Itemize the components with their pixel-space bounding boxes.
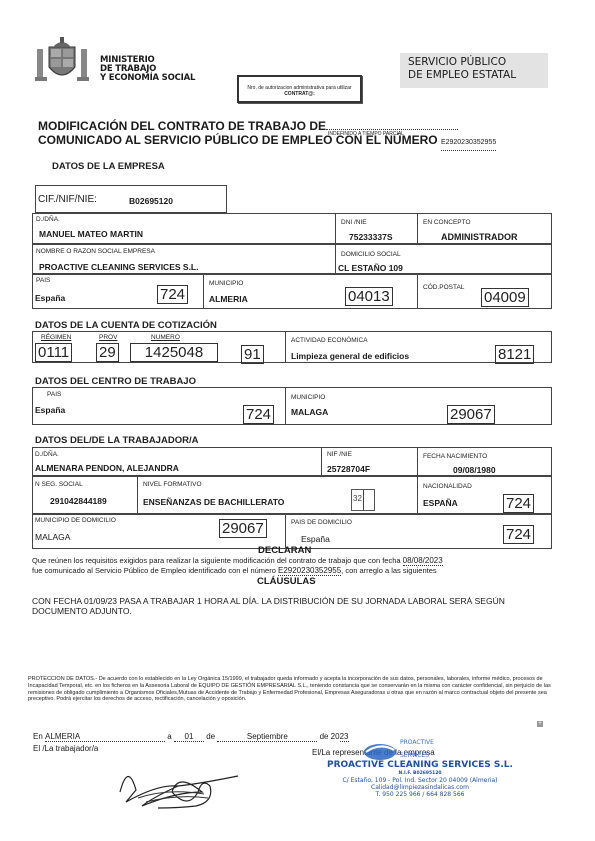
section-cotizacion-title: DATOS DE LA CUENTA DE COTIZACIÓN [35, 320, 217, 331]
dc-value: 91 [241, 345, 264, 364]
logo-text-1: PROACTIVE [400, 740, 434, 747]
regimen-value: 0111 [35, 343, 72, 362]
cotizacion-row: RÉGIMEN 0111 PROV 29 NUMERO 1425048 91 A… [32, 331, 552, 363]
nivel-code: 32 [353, 494, 362, 503]
pais-domicilio-code: 724 [503, 525, 534, 544]
empresa-dona-label: D./DÑA. [36, 216, 60, 223]
empresa-municipio-label: MUNICIPIO [209, 280, 243, 287]
nss-label: N SEG. SOCIAL [35, 481, 83, 488]
centro-municipio-value: MALAGA [291, 407, 328, 417]
nss-value: 291042844189 [50, 496, 107, 506]
regimen-label: RÉGIMEN [41, 334, 71, 341]
sepe-line-2: DE EMPLEO ESTATAL [408, 69, 538, 82]
empresa-pais-value: España [35, 293, 65, 303]
logo-text-3: SERVICES [400, 753, 434, 760]
municipio-domicilio-code: 29067 [219, 519, 267, 538]
centro-municipio-code: 29067 [447, 405, 495, 424]
title-line-2: COMUNICADO AL SERVICIO PÚBLICO DE EMPLEO… [38, 133, 496, 151]
section-trabajador-title: DATOS DEL/DE LA TRABAJADOR/A [35, 435, 198, 446]
dia-value: 01 [174, 732, 204, 742]
centro-pais-code: 724 [243, 405, 274, 424]
en-label: En [33, 732, 43, 741]
trabajador-nif-label: NIF /NIE [327, 451, 352, 458]
document-title: MODIFICACIÓN DEL CONTRATO DE TRABAJO DE … [38, 119, 496, 151]
declaran-text: Que reúnen los requisitos exigidos para … [32, 556, 552, 576]
actividad-code: 8121 [495, 345, 534, 364]
nivel-code-box: 32 [351, 489, 375, 511]
cp-value: 04009 [481, 288, 529, 307]
municipio-domicilio-label: MUNICIPIO DE DOMICILIO [35, 517, 116, 524]
company-logo-text: PROACTIVE CLEANING SERVICES [400, 740, 434, 760]
contract-type: INDEFINIDO A TIEMPO PARCIAL [328, 127, 404, 141]
declaran-line-1: Que reúnen los requisitos exigidos para … [32, 556, 552, 566]
trabajador-nif-value: 25728704F [327, 464, 370, 474]
numero-label: NUMERO [151, 334, 180, 341]
company-logo-icon [360, 738, 400, 762]
empresa-pais-code: 724 [157, 285, 188, 304]
title-text-1: MODIFICACIÓN DEL CONTRATO DE TRABAJO DE [38, 119, 326, 133]
pais-domicilio-value: España [301, 534, 330, 544]
nacionalidad-code: 724 [503, 494, 534, 513]
concepto-label: EN CONCEPTO [423, 219, 471, 226]
nacimiento-label: FECHA NACIMIENTO [423, 453, 487, 460]
empresa-dni-label: DNI /NIE [341, 219, 367, 226]
actividad-label: ACTIVIDAD ECONÓMICA [291, 337, 368, 344]
nacionalidad-label: NACIONALIDAD [423, 483, 472, 490]
sepe-banner: SERVICIO PÚBLICO DE EMPLEO ESTATAL [400, 53, 548, 88]
signature-scribble [118, 762, 248, 817]
centro-municipio-label: MUNICIPIO [291, 394, 325, 401]
ministry-line-3: Y ECONOMÍA SOCIAL [100, 74, 195, 83]
trabajador-row-3: MUNICIPIO DE DOMICILIO MALAGA 29067 PAIS… [32, 513, 552, 549]
domicilio-social-value: CL ESTAÑO 109 [338, 263, 403, 273]
centro-pais-label: PAIS [47, 391, 61, 398]
centro-pais-value: España [35, 405, 65, 415]
cif-box: CIF./NIF/NIE: B02695120 [35, 185, 227, 213]
cp-label: CÓD.POSTAL [423, 284, 464, 291]
nacimiento-value: 09/08/1980 [453, 465, 496, 475]
centro-row: PAIS España 724 MUNICIPIO MALAGA 29067 [32, 387, 552, 425]
numero-value: 1425048 [130, 343, 218, 362]
data-protection-text: PROTECCION DE DATOS.- De acuerdo con lo … [28, 676, 563, 703]
authorization-box: Nro. de autorizacion administrativa para… [237, 75, 362, 103]
clausula-text: CON FECHA 01/09/23 PASA A TRABAJAR 1 HOR… [32, 596, 562, 616]
domicilio-social-label: DOMICILIO SOCIAL [341, 251, 401, 258]
declaran-fecha: 08/08/2023 [403, 556, 443, 566]
trabajador-dona-value: ALMENARA PENDON, ALEJANDRA [35, 463, 179, 473]
stamp-phone: T. 950 225 966 / 664 828 566 [300, 791, 540, 798]
expand-icon[interactable]: + [537, 721, 543, 727]
declaran-text-2: fue comunicado al Servicio Público de Em… [32, 566, 276, 575]
section-centro-title: DATOS DEL CENTRO DE TRABAJO [35, 376, 196, 387]
cif-value: B02695120 [129, 196, 173, 206]
declaran-title: DECLARAN [258, 545, 311, 556]
de-label: de [206, 732, 215, 741]
empresa-row-3: PAIS España 724 MUNICIPIO ALMERIA 04013 … [32, 273, 552, 309]
empresa-municipio-code: 04013 [345, 287, 393, 306]
concepto-value: ADMINISTRADOR [441, 232, 518, 242]
razon-social-value: PROACTIVE CLEANING SERVICES S.L. [39, 262, 198, 272]
stamp-email: Calidad@limpiezasindalicas.com [300, 784, 540, 791]
empresa-dona-value: MANUEL MATEO MARTIN [39, 229, 143, 239]
clausulas-title: CLÁUSULAS [257, 576, 316, 587]
stamp-address: C/ Estaño, 109 - Pol. Ind. Sector 20 040… [300, 777, 540, 784]
title-line-1: MODIFICACIÓN DEL CONTRATO DE TRABAJO DE … [38, 119, 496, 133]
empresa-row-1: D./DÑA. MANUEL MATEO MARTIN DNI /NIE 752… [32, 213, 552, 245]
ministry-name: MINISTERIO DE TRABAJO Y ECONOMÍA SOCIAL [100, 56, 195, 83]
cif-label: CIF./NIF/NIE: [38, 194, 97, 205]
stamp-company: PROACTIVE CLEANING SERVICES S.L. [300, 760, 540, 771]
nivel-label: NIVEL FORMATIVO [143, 481, 202, 488]
trabajador-row-2: N SEG. SOCIAL 291042844189 NIVEL FORMATI… [32, 475, 552, 515]
company-stamp: PROACTIVE CLEANING SERVICES PROACTIVE CL… [300, 738, 540, 818]
auth-box-label-2: CONTRAT@: [239, 91, 360, 97]
municipio-domicilio-value: MALAGA [35, 532, 70, 542]
trabajador-row-1: D./DÑA. ALMENARA PENDON, ALEJANDRA NIF /… [32, 447, 552, 477]
empresa-municipio-value: ALMERIA [209, 294, 248, 304]
declaran-text-1: Que reúnen los requisitos exigidos para … [32, 556, 401, 565]
razon-social-label: NOMBRE O RAZON SOCIAL EMPRESA [36, 248, 155, 255]
coat-of-arms-icon [33, 35, 91, 85]
declaran-text-3: , con arreglo a las siguientes [341, 566, 436, 575]
contract-number: E2920230352955 [441, 136, 496, 151]
sepe-line-1: SERVICIO PÚBLICO [408, 56, 538, 69]
empresa-pais-label: PAIS [36, 277, 50, 284]
stamp-text: PROACTIVE CLEANING SERVICES S.L. N.I.F. … [300, 760, 540, 798]
trabajador-signature-label: El /La trabajador/a [33, 744, 98, 753]
actividad-value: Limpieza general de edificios [291, 351, 409, 361]
declaran-line-2: fue comunicado al Servicio Público de Em… [32, 566, 552, 576]
nacionalidad-value: ESPAÑA [423, 498, 458, 508]
nivel-value: ENSEÑANZAS DE BACHILLERATO [143, 497, 284, 507]
prov-label: PROV [99, 334, 117, 341]
declaran-numero: E2920230352955 [278, 566, 341, 576]
lugar-value: ALMERIA [45, 732, 165, 742]
prov-value: 29 [96, 343, 119, 362]
section-empresa-title: DATOS DE LA EMPRESA [52, 161, 165, 172]
empresa-row-2: NOMBRE O RAZON SOCIAL EMPRESA PROACTIVE … [32, 243, 552, 275]
a-label: a [167, 732, 171, 741]
trabajador-dona-label: D./DÑA. [35, 451, 59, 458]
empresa-dni-value: 75233337S [349, 232, 393, 242]
pais-domicilio-label: PAIS DE DOMICILIO [291, 519, 352, 526]
